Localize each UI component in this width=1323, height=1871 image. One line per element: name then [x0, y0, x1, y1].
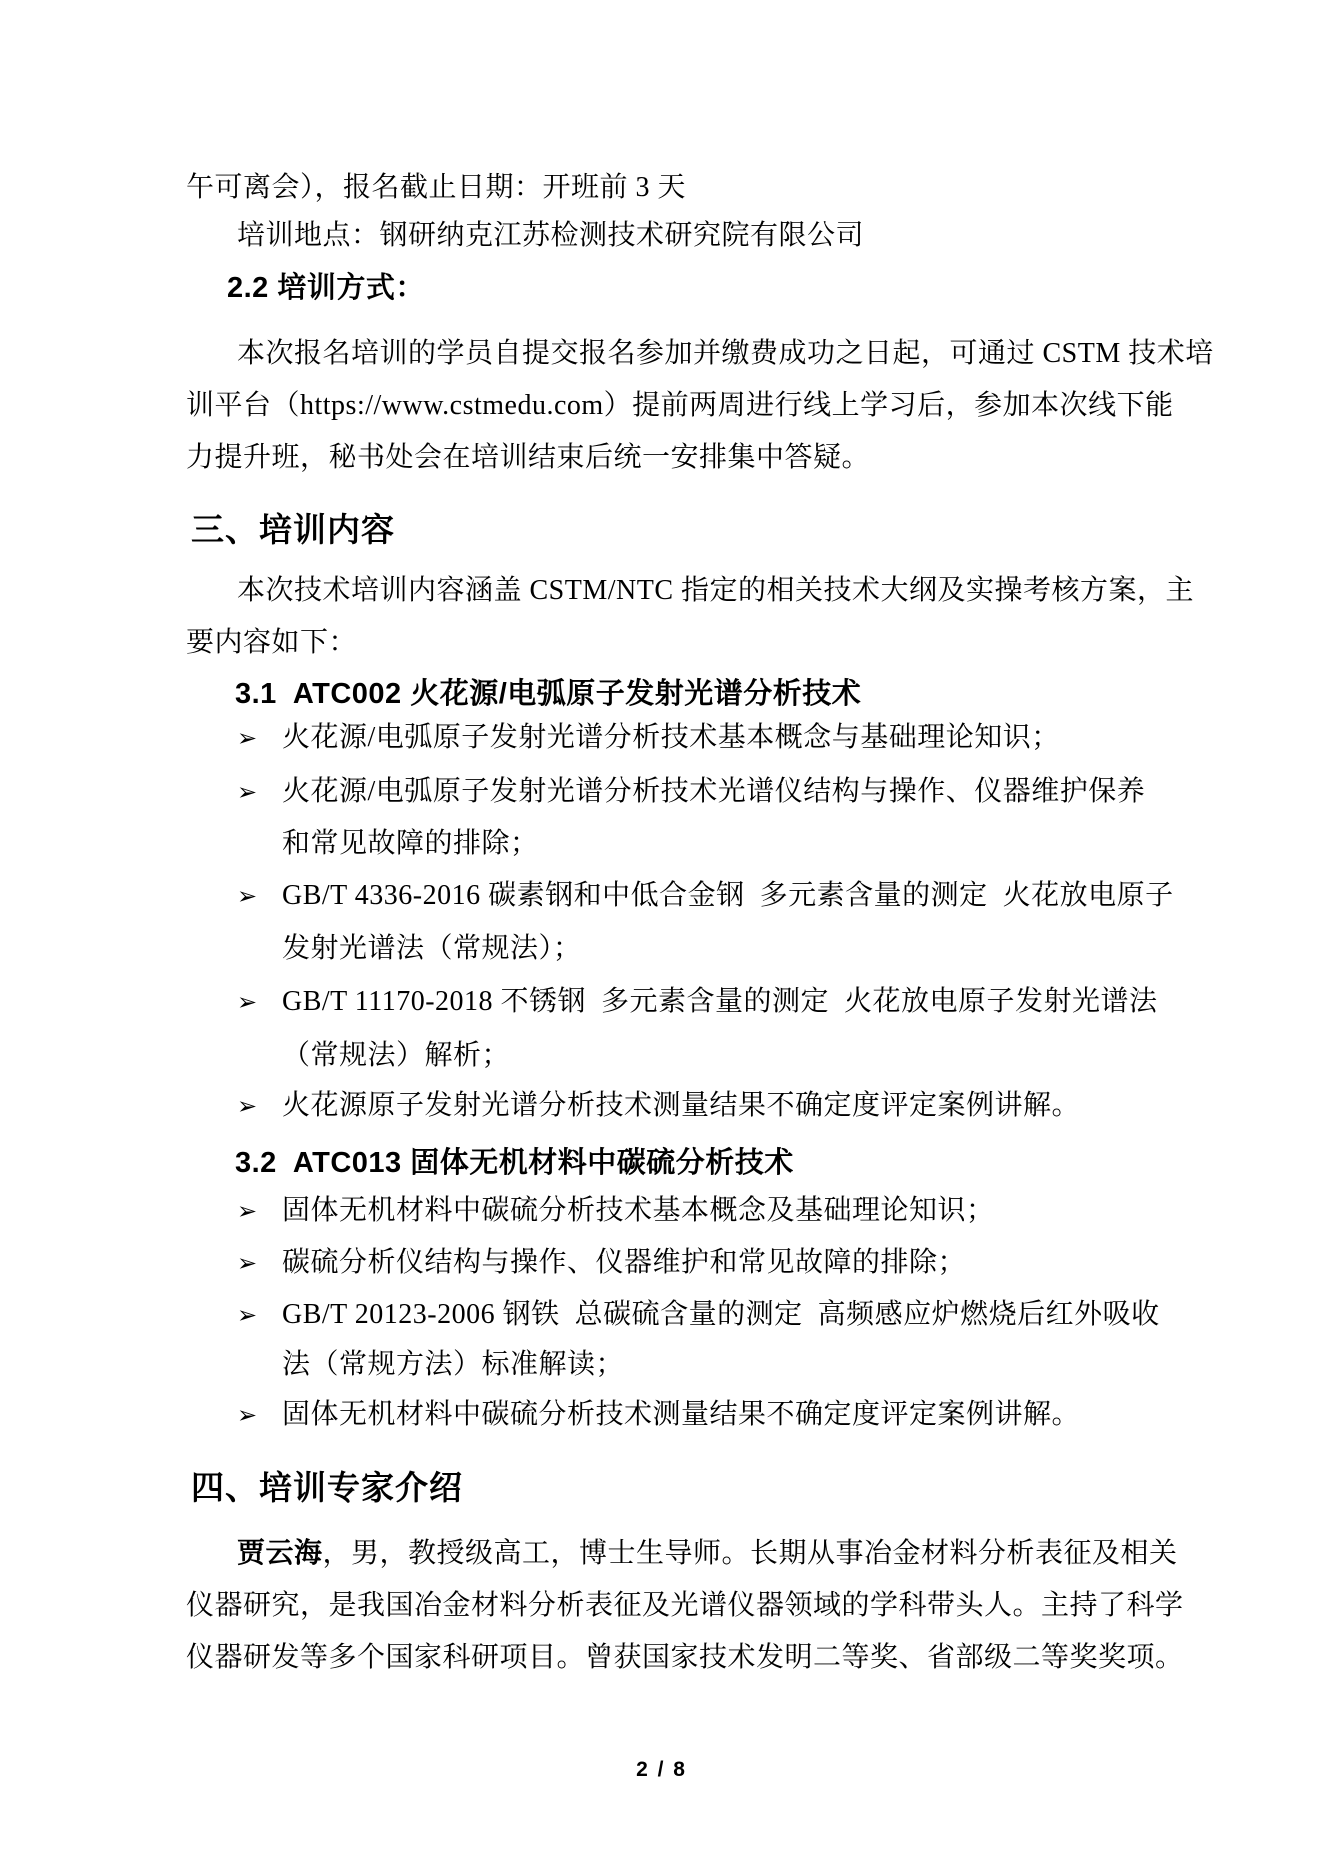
training-content-line-1: 本次技术培训内容涵盖 CSTM/NTC 指定的相关技术大纲及实操考核方案，主	[237, 573, 1194, 613]
bullet-item-text: 火花源/电弧原子发射光谱分析技术光谱仪结构与操作、仪器维护保养	[282, 776, 1145, 807]
arrow-bullet-icon: ➢	[237, 774, 282, 810]
section-heading-3: 三、培训内容	[191, 510, 395, 550]
training-location-line: 培训地点：钢研纳克江苏检测技术研究院有限公司	[237, 218, 864, 258]
training-method-line-2: 训平台（https://www.cstmedu.com）提前两周进行线上学习后，…	[186, 388, 1174, 428]
arrow-bullet-icon: ➢	[237, 1245, 282, 1281]
bullet-item: ➢固体无机材料中碳硫分析技术测量结果不确定度评定案例讲解。	[237, 1397, 1080, 1437]
bullet-item-wrap-line: 和常见故障的排除；	[282, 826, 539, 866]
bullet-item-text: 火花源/电弧原子发射光谱分析技术基本概念与基础理论知识；	[282, 722, 1060, 753]
arrow-bullet-icon: ➢	[237, 878, 282, 914]
bullet-item-text: 固体无机材料中碳硫分析技术测量结果不确定度评定案例讲解。	[282, 1399, 1080, 1430]
subsection-heading-2-2: 2.2 培训方式：	[227, 270, 425, 310]
arrow-bullet-icon: ➢	[237, 1088, 282, 1124]
bullet-item-wrap-line: 发射光谱法（常规法）；	[282, 931, 582, 971]
bullet-item: ➢GB/T 4336-2016 碳素钢和中低合金钢 多元素含量的测定 火花放电原…	[237, 878, 1174, 918]
bullet-item-text: 火花源原子发射光谱分析技术测量结果不确定度评定案例讲解。	[282, 1090, 1080, 1121]
bullet-item-wrap-line: （常规法）解析；	[282, 1038, 510, 1078]
paragraph-continuation-line: 午可离会），报名截止日期：开班前 3 天	[186, 170, 686, 210]
bullet-item: ➢火花源原子发射光谱分析技术测量结果不确定度评定案例讲解。	[237, 1088, 1080, 1128]
arrow-bullet-icon: ➢	[237, 984, 282, 1020]
bullet-item-text: GB/T 11170-2018 不锈钢 多元素含量的测定 火花放电原子发射光谱法	[282, 986, 1158, 1017]
page-number-footer: 2 / 8	[0, 1758, 1323, 1782]
bullet-item-text: GB/T 4336-2016 碳素钢和中低合金钢 多元素含量的测定 火花放电原子	[282, 880, 1174, 911]
bullet-item: ➢固体无机材料中碳硫分析技术基本概念及基础理论知识；	[237, 1193, 995, 1233]
bullet-item: ➢GB/T 20123-2006 钢铁 总碳硫含量的测定 高频感应炉燃烧后红外吸…	[237, 1297, 1160, 1337]
expert-intro-line-1-rest: ，男，教授级高工，博士生导师。长期从事冶金材料分析表征及相关	[323, 1538, 1178, 1569]
training-method-line-3: 力提升班，秘书处会在培训结束后统一安排集中答疑。	[186, 440, 870, 480]
bullet-item-text: 碳硫分析仪结构与操作、仪器维护和常见故障的排除；	[282, 1247, 966, 1278]
bullet-item: ➢火花源/电弧原子发射光谱分析技术基本概念与基础理论知识；	[237, 720, 1060, 760]
subsection-heading-3-2: 3.2 ATC013 固体无机材料中碳硫分析技术	[235, 1145, 794, 1185]
bullet-item-wrap-line: 法（常规方法）标准解读；	[282, 1347, 624, 1387]
bullet-item-text: 固体无机材料中碳硫分析技术基本概念及基础理论知识；	[282, 1195, 995, 1226]
expert-intro-line-1: 贾云海，男，教授级高工，博士生导师。长期从事冶金材料分析表征及相关	[237, 1536, 1178, 1576]
expert-intro-line-3: 仪器研发等多个国家科研项目。曾获国家技术发明二等奖、省部级二等奖奖项。	[186, 1640, 1184, 1680]
arrow-bullet-icon: ➢	[237, 1297, 282, 1333]
subsection-heading-3-1: 3.1 ATC002 火花源/电弧原子发射光谱分析技术	[235, 676, 861, 716]
training-content-line-2: 要内容如下：	[186, 625, 357, 665]
section-heading-4: 四、培训专家介绍	[191, 1468, 463, 1508]
bullet-item: ➢碳硫分析仪结构与操作、仪器维护和常见故障的排除；	[237, 1245, 966, 1285]
expert-name: 贾云海	[237, 1538, 323, 1569]
bullet-item-text: GB/T 20123-2006 钢铁 总碳硫含量的测定 高频感应炉燃烧后红外吸收	[282, 1299, 1160, 1330]
arrow-bullet-icon: ➢	[237, 720, 282, 756]
arrow-bullet-icon: ➢	[237, 1397, 282, 1433]
expert-intro-line-2: 仪器研究，是我国冶金材料分析表征及光谱仪器领域的学科带头人。主持了科学	[186, 1588, 1184, 1628]
arrow-bullet-icon: ➢	[237, 1193, 282, 1229]
document-page: 午可离会），报名截止日期：开班前 3 天 培训地点：钢研纳克江苏检测技术研究院有…	[0, 0, 1323, 1871]
training-method-line-1: 本次报名培训的学员自提交报名参加并缴费成功之日起，可通过 CSTM 技术培	[237, 336, 1214, 376]
bullet-item: ➢GB/T 11170-2018 不锈钢 多元素含量的测定 火花放电原子发射光谱…	[237, 984, 1158, 1024]
bullet-item: ➢火花源/电弧原子发射光谱分析技术光谱仪结构与操作、仪器维护保养	[237, 774, 1145, 814]
